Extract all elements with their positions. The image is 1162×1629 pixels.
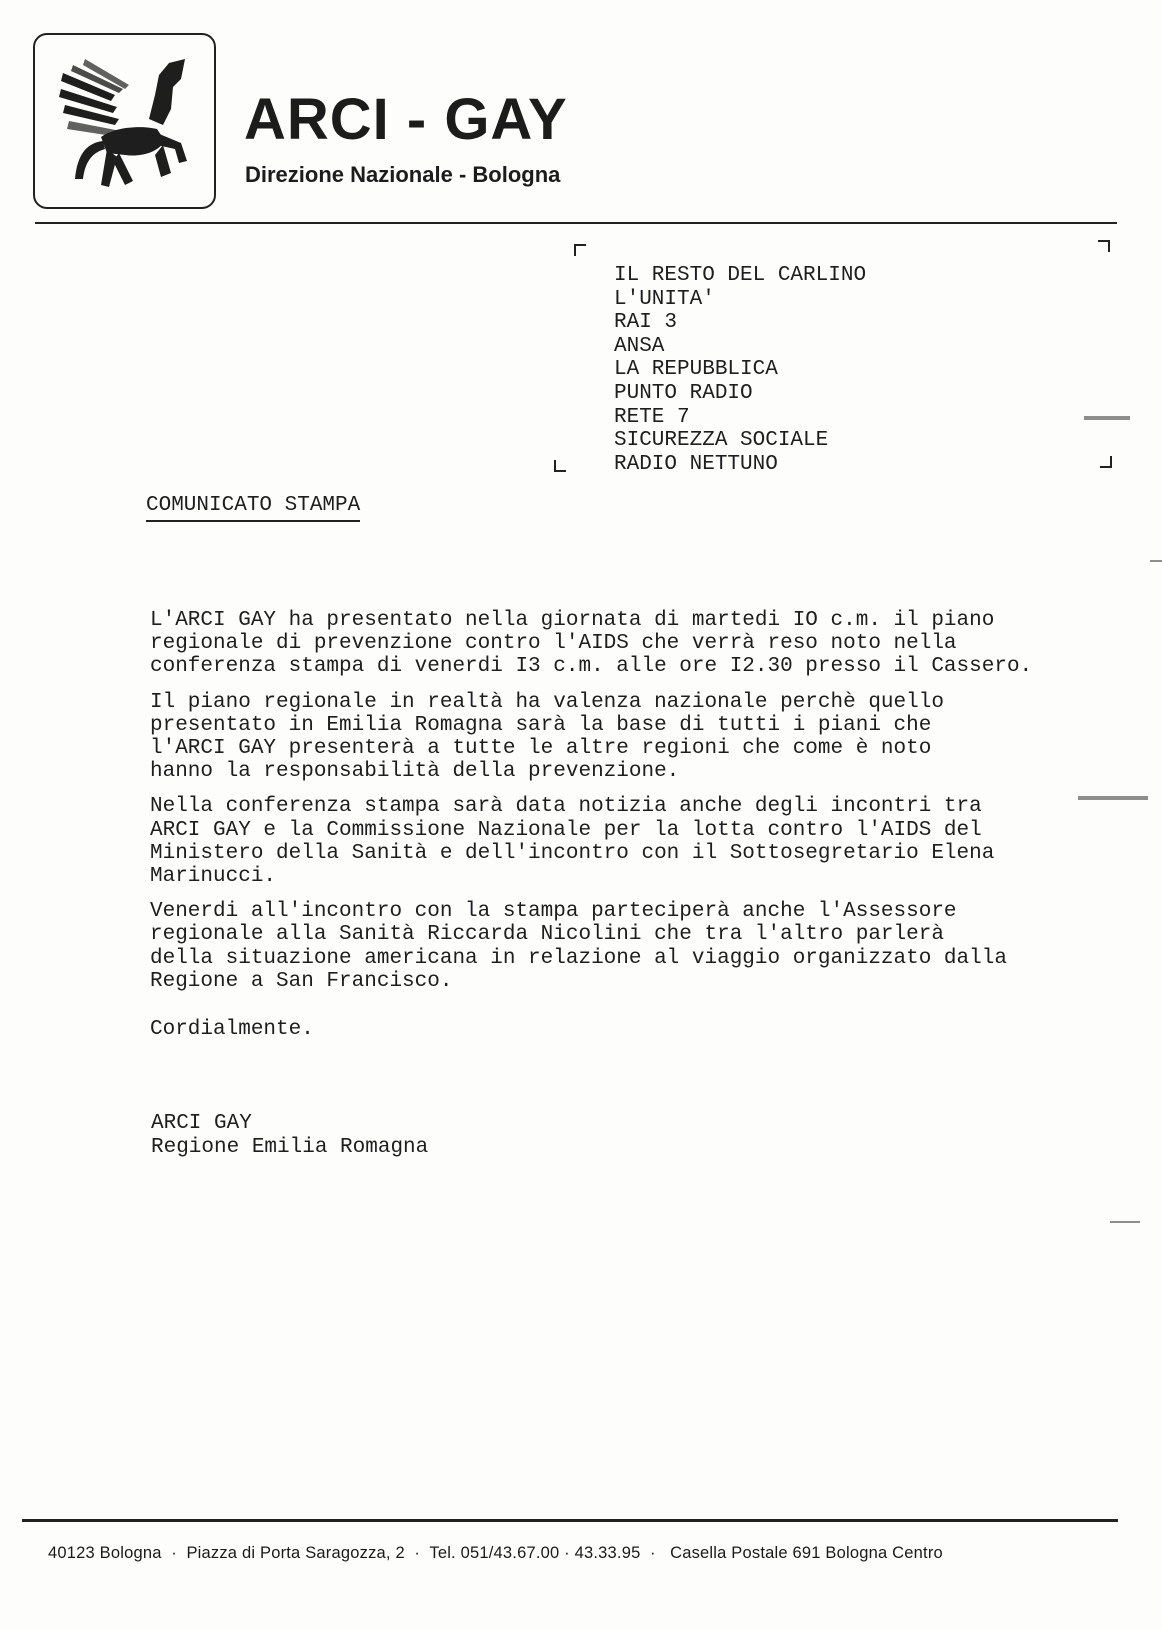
address-corner-mark bbox=[1100, 456, 1112, 468]
document-heading: COMUNICATO STAMPA bbox=[146, 494, 360, 522]
recipient: RETE 7 bbox=[614, 406, 866, 430]
paragraph: Nella conferenza stampa sarà data notizi… bbox=[150, 795, 1030, 888]
address-corner-mark bbox=[554, 460, 566, 472]
pegasus-icon bbox=[45, 45, 205, 197]
paragraph: L'ARCI GAY ha presentato nella giornata … bbox=[150, 609, 1030, 679]
press-release-body: L'ARCI GAY ha presentato nella giornata … bbox=[150, 609, 1030, 1005]
header-divider bbox=[35, 222, 1117, 224]
signature: ARCI GAY Regione Emilia Romagna bbox=[151, 1112, 428, 1160]
organization-subtitle: Direzione Nazionale - Bologna bbox=[245, 162, 560, 188]
logo-frame bbox=[33, 33, 216, 209]
recipient: IL RESTO DEL CARLINO bbox=[614, 264, 866, 288]
signature-line: Regione Emilia Romagna bbox=[151, 1136, 428, 1160]
recipient: RADIO NETTUNO bbox=[614, 453, 866, 477]
paragraph: Il piano regionale in realtà ha valenza … bbox=[150, 691, 1030, 784]
scan-mark bbox=[1150, 560, 1162, 562]
signature-line: ARCI GAY bbox=[151, 1112, 428, 1136]
recipient-list: IL RESTO DEL CARLINO L'UNITA' RAI 3 ANSA… bbox=[614, 264, 866, 476]
recipient: ANSA bbox=[614, 335, 866, 359]
recipient: RAI 3 bbox=[614, 311, 866, 335]
scan-mark bbox=[1110, 1221, 1140, 1223]
recipient: PUNTO RADIO bbox=[614, 382, 866, 406]
address-corner-mark bbox=[1098, 240, 1110, 252]
scan-mark bbox=[1084, 416, 1130, 420]
recipient: LA REPUBBLICA bbox=[614, 358, 866, 382]
scan-mark bbox=[1078, 796, 1148, 800]
recipient: L'UNITA' bbox=[614, 288, 866, 312]
closing: Cordialmente. bbox=[150, 1018, 314, 1041]
address-corner-mark bbox=[574, 244, 586, 256]
organization-name: ARCI - GAY bbox=[244, 86, 568, 153]
recipient: SICUREZZA SOCIALE bbox=[614, 429, 866, 453]
footer-address: 40123 Bologna · Piazza di Porta Saragozz… bbox=[48, 1544, 943, 1563]
footer-divider bbox=[22, 1519, 1118, 1522]
paragraph: Venerdi all'incontro con la stampa parte… bbox=[150, 900, 1030, 993]
